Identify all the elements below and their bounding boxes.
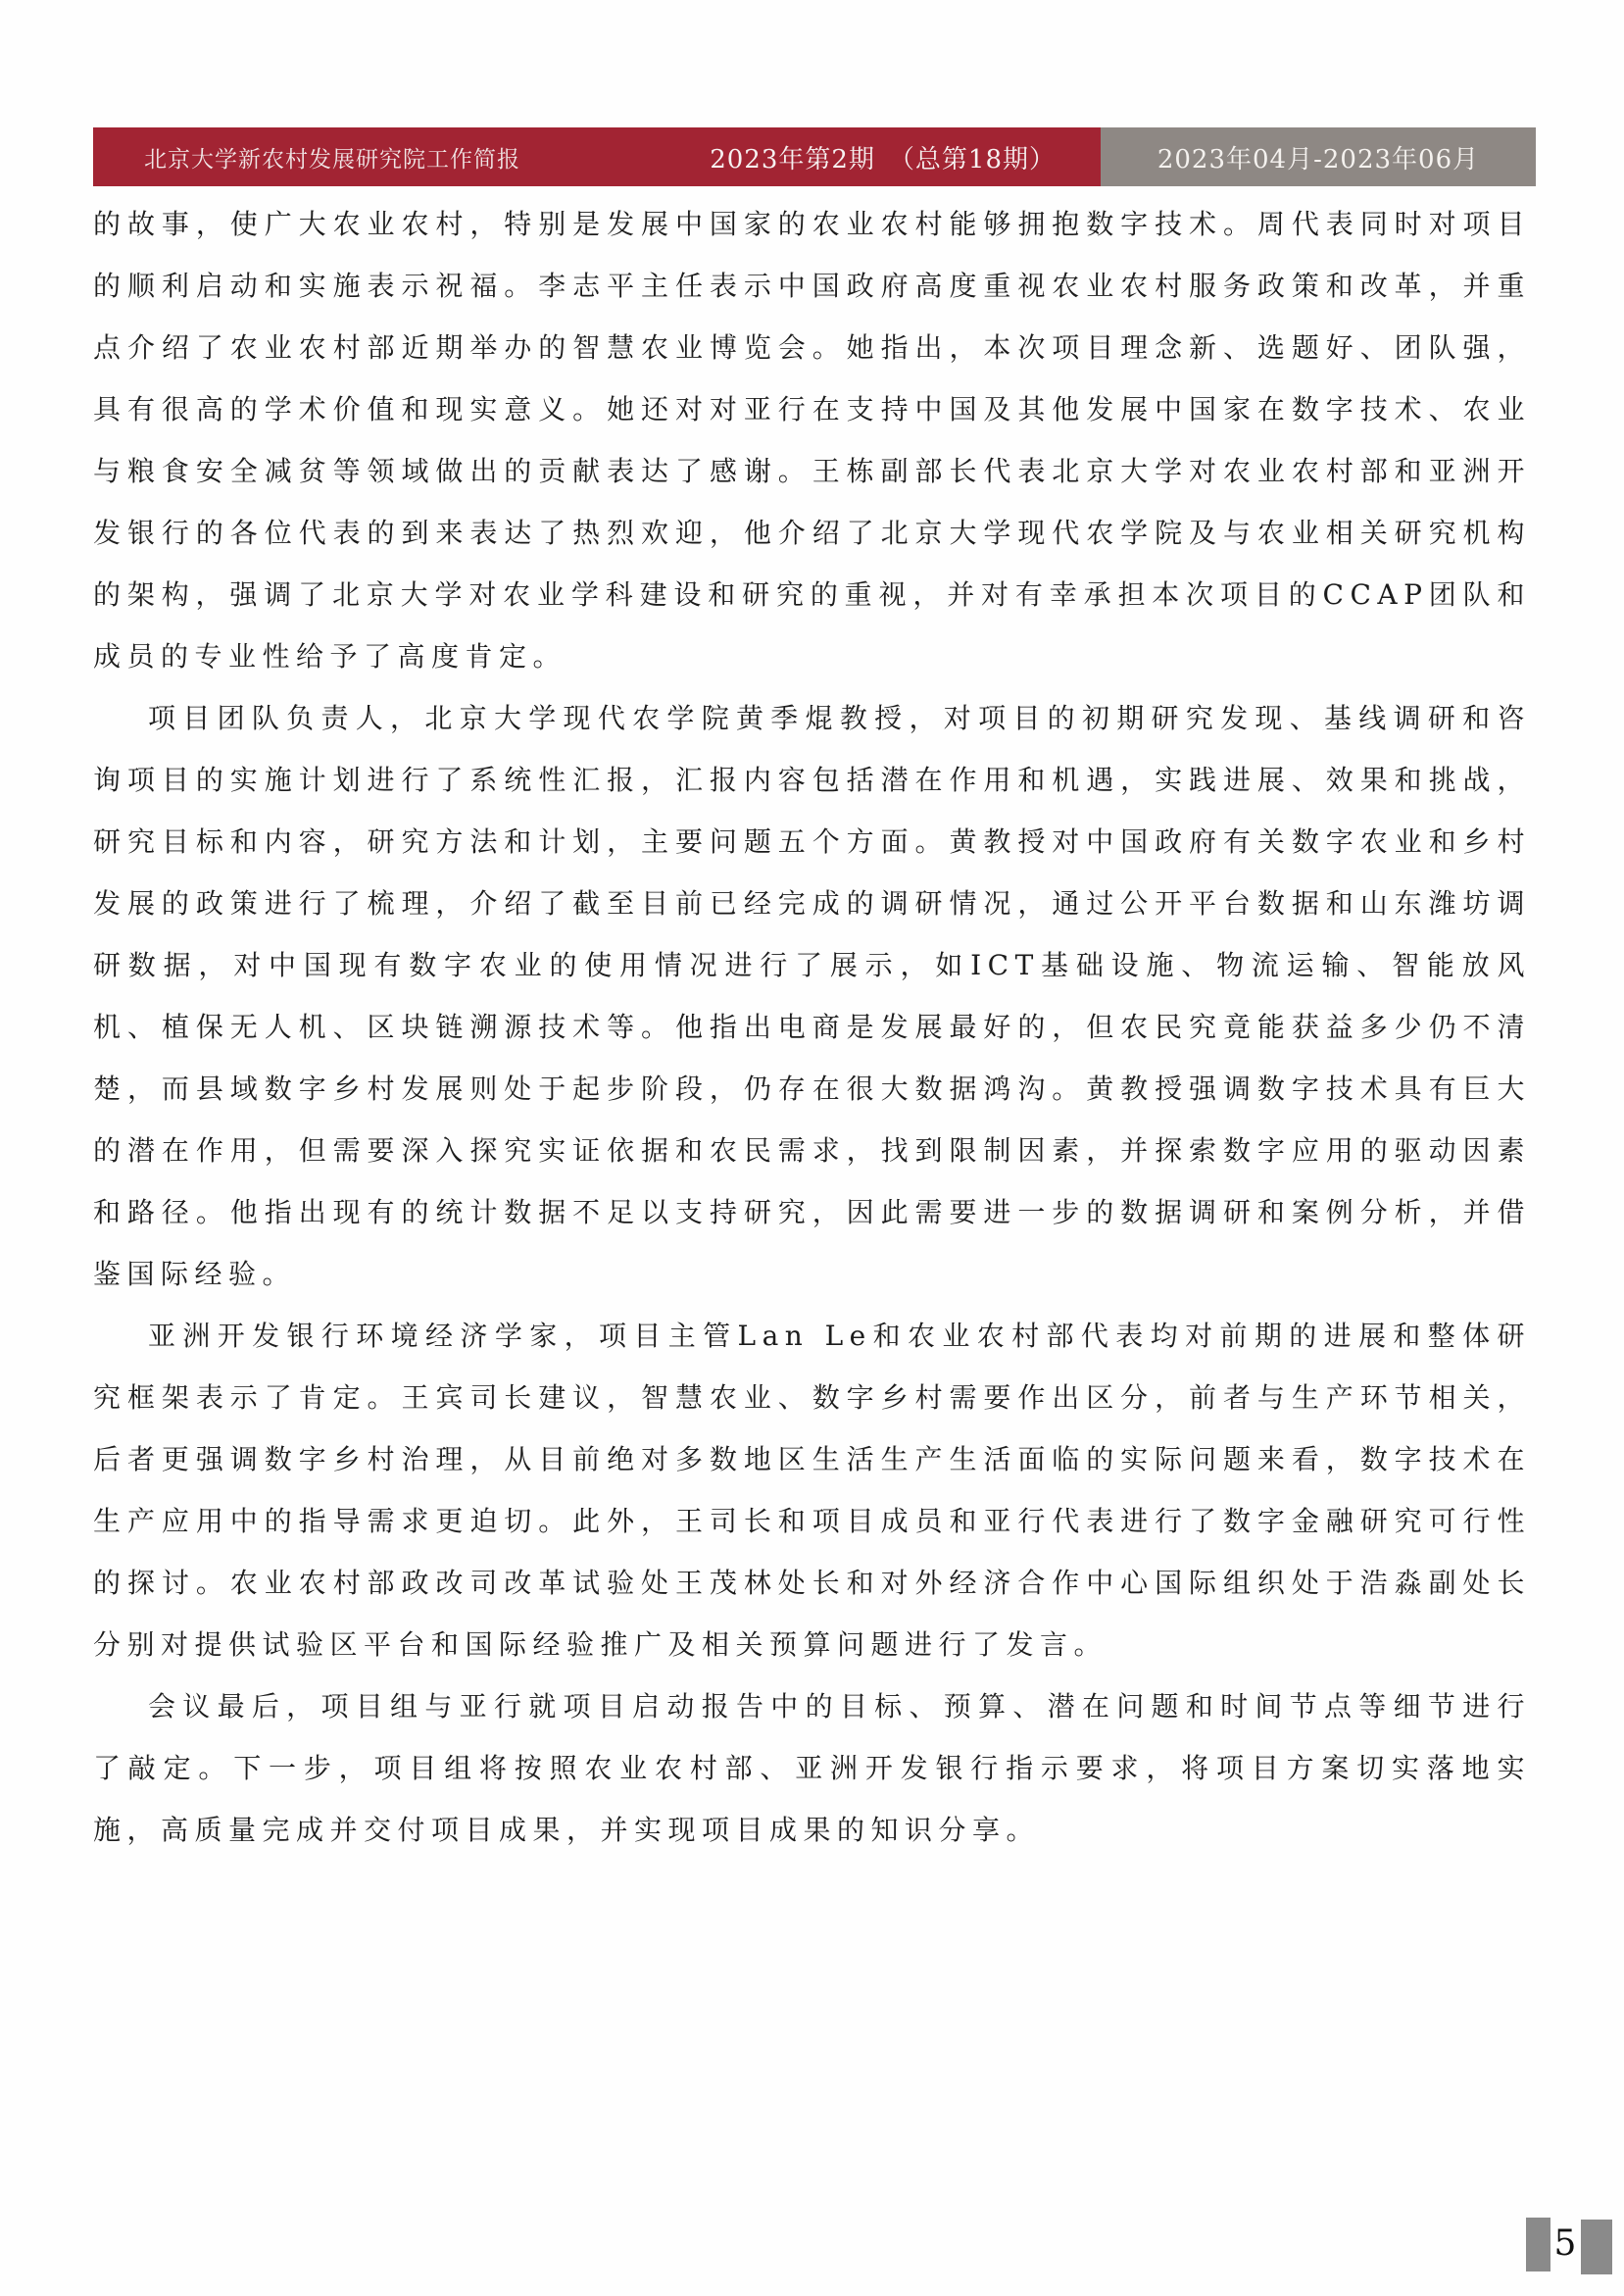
footer-right-block <box>1581 2220 1612 2274</box>
header-date-section: 2023年04月-2023年06月 <box>1101 127 1536 186</box>
paragraph-3: 亚洲开发银行环境经济学家，项目主管Lan Le和农业农村部代表均对前期的进展和整… <box>93 1305 1531 1675</box>
page-footer: 5 <box>0 2216 1624 2276</box>
page-number: 5 <box>1551 2223 1579 2264</box>
paragraph-1: 的故事，使广大农业农村，特别是发展中国家的农业农村能够拥抱数字技术。周代表同时对… <box>93 193 1531 687</box>
issue-info: 2023年第2期 （总第18期） <box>710 139 1056 175</box>
date-range: 2023年04月-2023年06月 <box>1157 139 1479 175</box>
footer-left-block <box>1526 2218 1550 2271</box>
header-red-section: 北京大学新农村发展研究院工作简报 2023年第2期 （总第18期） <box>93 127 1101 186</box>
paragraph-4: 会议最后，项目组与亚行就项目启动报告中的目标、预算、潜在问题和时间节点等细节进行… <box>93 1675 1531 1861</box>
article-body: 的故事，使广大农业农村，特别是发展中国家的农业农村能够拥抱数字技术。周代表同时对… <box>93 193 1531 1861</box>
bulletin-title: 北京大学新农村发展研究院工作简报 <box>144 141 520 174</box>
document-page: 北京大学新农村发展研究院工作简报 2023年第2期 （总第18期） 2023年0… <box>0 0 1624 2296</box>
paragraph-2: 项目团队负责人，北京大学现代农学院黄季焜教授，对项目的初期研究发现、基线调研和咨… <box>93 687 1531 1305</box>
header-bar: 北京大学新农村发展研究院工作简报 2023年第2期 （总第18期） 2023年0… <box>93 127 1536 186</box>
